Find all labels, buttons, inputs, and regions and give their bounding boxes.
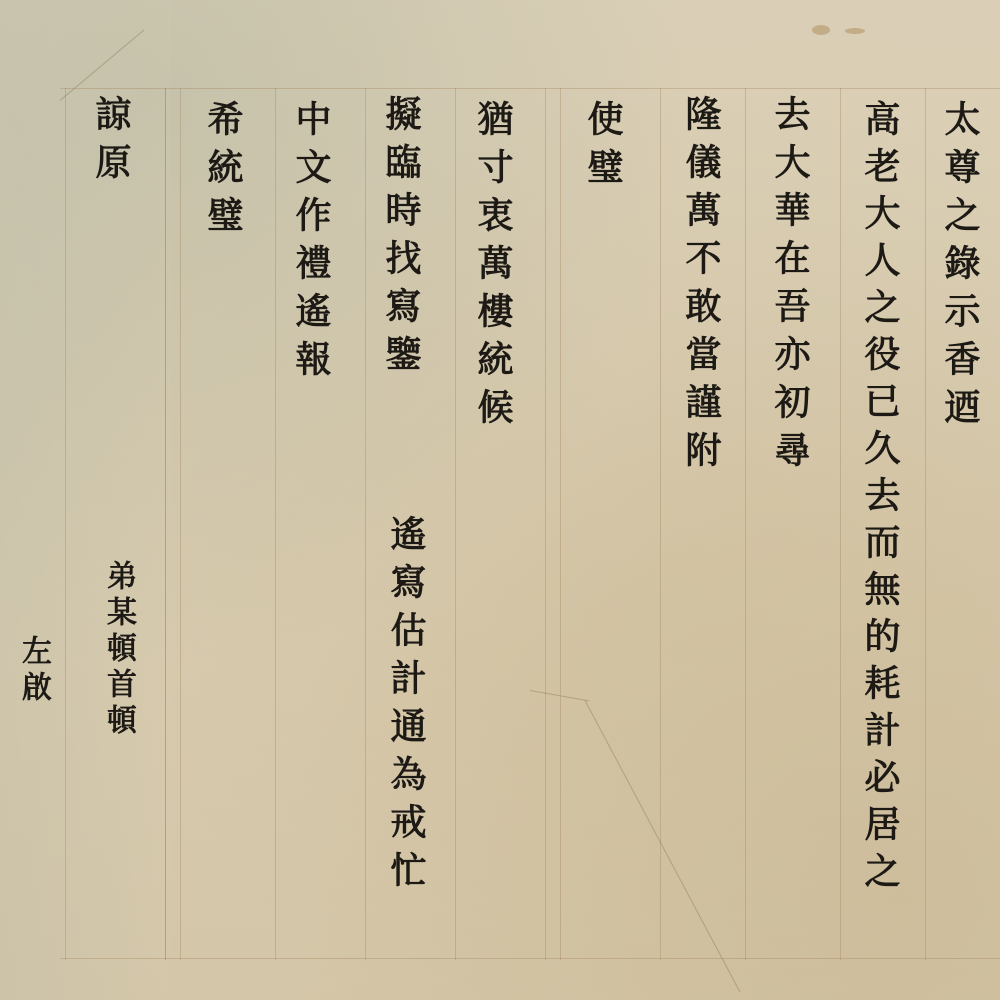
paper-fold-shading (0, 0, 170, 1000)
closing-salutation: 左啟 (18, 635, 48, 707)
text-column-7-lower: 遙寫估計通為戒忙 (388, 515, 424, 899)
text-column-5: 使璧 (585, 100, 621, 196)
bottom-rule (60, 958, 1000, 959)
column-rule (165, 88, 166, 960)
column-rule (660, 88, 661, 960)
text-column-1: 太尊之錄示香迺 (942, 100, 978, 436)
ink-stain (845, 28, 865, 34)
column-rule (545, 88, 546, 960)
text-column-7-upper: 擬臨時找寫鑒 (383, 95, 419, 383)
column-rule (275, 88, 276, 960)
paper-crease (585, 700, 741, 992)
column-rule (925, 88, 926, 960)
column-rule (180, 88, 181, 960)
signature: 弟某頓首頓 (103, 560, 133, 740)
column-rule (65, 88, 66, 960)
column-rule (840, 88, 841, 960)
column-rule (745, 88, 746, 960)
text-column-4: 隆儀萬不敢當謹附 (683, 95, 719, 479)
text-column-10: 諒原 (93, 95, 129, 191)
text-column-3: 去大華在吾亦初尋 (772, 95, 808, 479)
manuscript-paper: 太尊之錄示香迺 高老大人之役已久去而無的耗計必居之 去大華在吾亦初尋 隆儀萬不敢… (0, 0, 1000, 1000)
column-rule (560, 88, 561, 960)
top-rule (60, 88, 1000, 89)
text-column-9: 希統璧 (205, 100, 241, 244)
column-rule (455, 88, 456, 960)
text-column-2: 高老大人之役已久去而無的耗計必居之 (862, 100, 898, 899)
text-column-6: 猶寸衷萬樓統候 (475, 100, 511, 436)
ink-stain (812, 25, 830, 35)
text-column-8: 中文作禮遙報 (293, 100, 329, 388)
column-rule (365, 88, 366, 960)
